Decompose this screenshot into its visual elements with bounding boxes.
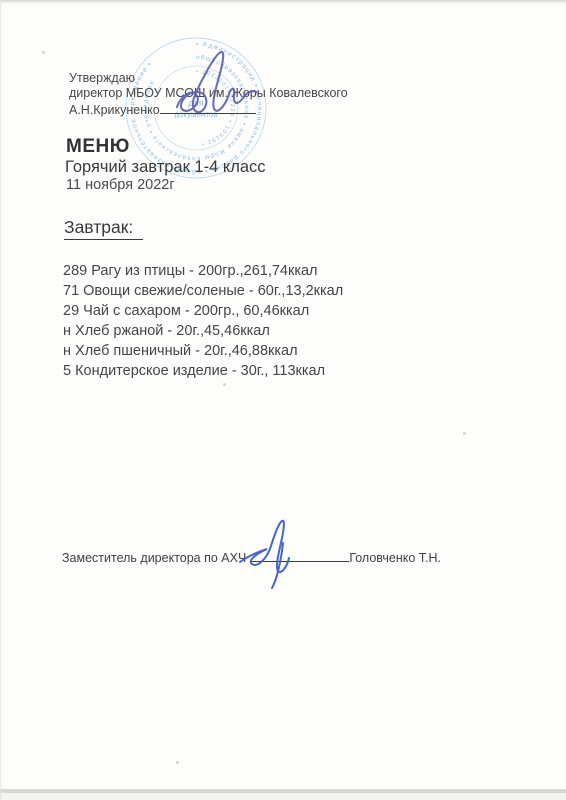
menu-item: н Хлеб ржаной - 20г.,45,46ккал: [63, 321, 343, 341]
deputy-director-label: Заместитель директора по АХЧ: [62, 551, 246, 565]
deputy-signature: [236, 515, 308, 593]
scan-speck: [223, 383, 226, 386]
document-date: 11 ноября 2022г: [66, 177, 175, 193]
scan-edge-bottom-shade: [0, 793, 566, 800]
menu-item: н Хлеб пшеничный - 20г.,46,88ккал: [63, 341, 343, 361]
director-name: А.Н.Крикуненко: [69, 103, 160, 117]
menu-item: 5 Кондитерское изделие - 30г., 113ккал: [63, 361, 343, 381]
document-title: МЕНЮ: [66, 136, 130, 158]
menu-item: 71 Овощи свежие/соленые - 60г.,13,2ккал: [63, 281, 343, 301]
director-signature: [170, 47, 262, 131]
scan-speck: [42, 51, 45, 54]
document-subtitle: Горячий завтрак 1-4 класс: [65, 158, 266, 177]
deputy-director-name: Головченко Т.Н.: [349, 551, 441, 565]
scan-edge-top: [0, 0, 566, 4]
scan-edge-left: [0, 0, 2, 800]
menu-items-list: 289 Рагу из птицы - 200гр.,261,74ккал 71…: [63, 261, 343, 381]
scan-speck: [463, 432, 466, 435]
menu-item: 29 Чай с сахаром - 200гр., 60,46ккал: [63, 301, 343, 321]
scan-speck: [176, 761, 179, 764]
menu-item: 289 Рагу из птицы - 200гр.,261,74ккал: [63, 261, 343, 281]
scanned-menu-document: • Администрации • муниципального района …: [0, 0, 566, 800]
section-heading-breakfast: Завтрак:: [64, 217, 143, 240]
